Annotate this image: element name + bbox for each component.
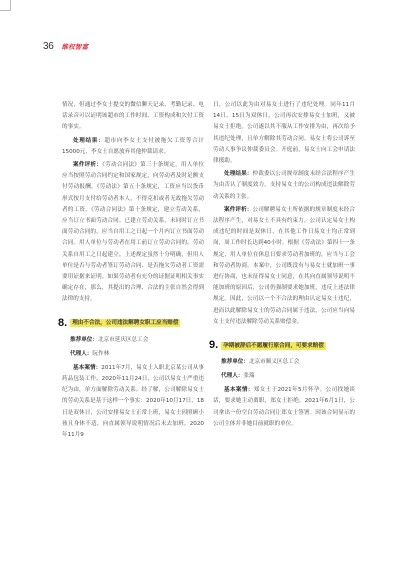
agent-value: 阮作林 — [92, 351, 109, 357]
paragraph: 处理结果：仲裁委以公司规章制度未经合法程序产生为由否认了制度效力，支持易女士的公… — [213, 169, 355, 203]
recommender-label: 推荐单位： — [221, 359, 249, 365]
facts-text: 2011年7月，易女士入职北京某公司从事药品包装工作。2020年11月24日，公… — [62, 365, 204, 438]
recommender-line: 推荐单位：北京市延庆区总工会 — [62, 335, 204, 346]
paragraph: 案件评析：公司解聘易女士所依据的规章制度未经合法程序产生，对易女士不具有约束力。… — [213, 205, 355, 328]
recommender-value: 北京市延庆区总工会 — [98, 337, 148, 343]
analysis-label: 案件评析： — [224, 207, 253, 213]
recommender-label: 推荐单位： — [70, 337, 98, 343]
agent-label: 代理人： — [221, 373, 243, 379]
facts-label: 基本案情： — [73, 365, 101, 371]
section-title: 孕期被辞后不愿履行原合同，可要求赔偿 — [221, 342, 326, 350]
paragraph: 案件评析：《劳动合同法》第三十条规定，用人单位应当按照劳动合同约定和国家规定，向… — [62, 160, 204, 306]
analysis-label: 案件评析： — [73, 162, 102, 168]
result-label: 处理结果： — [224, 171, 253, 177]
section-heading-8: 8. 理由不合法，公司违法解聘女职工应当赔偿 — [58, 318, 204, 329]
page-number: 36 — [43, 41, 54, 52]
agent-value: 张瑞 — [243, 373, 254, 379]
agent-line: 代理人：阮作林 — [62, 349, 204, 360]
paragraph: 情况，但通过李女士提交的微信聊天记录、考勤记录、电话录音可以证明该超市的工作时间… — [62, 100, 204, 134]
analysis-text: 公司解聘易女士所依据的规章制度未经合法程序产生，对易女士不具有约束力。公司认定易… — [213, 207, 355, 325]
recommender-value: 北京市顺义区总工会 — [249, 359, 299, 365]
section-number: 9. — [209, 340, 218, 351]
page-header: 36 维权智富 — [43, 41, 88, 52]
result-label: 处理结果： — [73, 138, 104, 144]
section-number: 8. — [58, 318, 67, 329]
paragraph: 处理结果：超市向李女士支付被拖欠工资等合计15000元，李女士自愿放弃其他仲裁请… — [62, 136, 204, 158]
paragraph: 基本案情：2011年7月，易女士入职北京某公司从事药品包装工作。2020年11月… — [62, 363, 204, 441]
recommender-line: 推荐单位：北京市顺义区总工会 — [213, 357, 355, 368]
agent-line: 代理人：张瑞 — [213, 371, 355, 382]
crop-mark — [0, 0, 11, 11]
facts-label: 基本案情： — [224, 387, 254, 393]
right-column: 日，公司以此为由对易女士进行了违纪处理。同年11月14日、15日为双休日，公司再… — [213, 100, 355, 430]
section-heading-9: 9. 孕期被辞后不愿履行原合同，可要求赔偿 — [209, 340, 355, 351]
agent-label: 代理人： — [70, 351, 92, 357]
analysis-text: 《劳动合同法》第三十条规定，用人单位应当按照劳动合同约定和国家规定，向劳动者及时… — [62, 162, 204, 302]
section-title: 理由不合法，公司违法解聘女职工应当赔偿 — [70, 319, 180, 327]
paragraph: 日，公司以此为由对易女士进行了违纪处理。同年11月14日、15日为双休日，公司再… — [213, 100, 355, 167]
magazine-brand: 维权智富 — [62, 42, 89, 51]
left-column: 情况，但通过李女士提交的微信聊天记录、考勤记录、电话录音可以证明该超市的工作时间… — [62, 100, 204, 441]
paragraph: 基本案情：郑女士于2021年5月怀孕。公司找她谈话，要求她主动离职，郑女士拒绝。… — [213, 385, 355, 430]
